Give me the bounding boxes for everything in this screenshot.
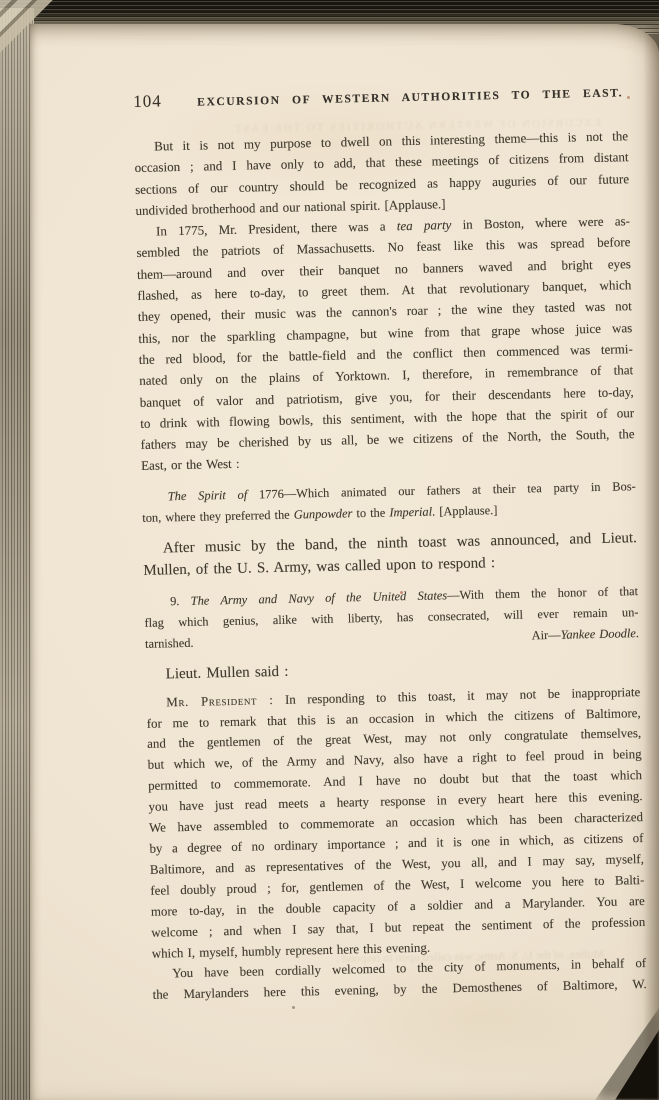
spine-shadow — [643, 24, 659, 1100]
toast-air-tune: Air—Yankee Doodle. — [531, 623, 639, 646]
toast-spirit-of-1776: The Spirit of 1776—Which animated our fa… — [142, 476, 637, 529]
paragraph-theme: But it is not my purpose to dwell on thi… — [134, 125, 630, 221]
paragraph-mullen-said: Lieut. Mullen said : — [145, 653, 639, 686]
ink-speck — [400, 591, 403, 594]
speech-opening-rest: In responding to this toast, it may not … — [285, 685, 641, 707]
text-line: Lieut. Mullen said : — [145, 653, 639, 686]
page-number: 104 — [133, 91, 193, 112]
ink-speck — [627, 96, 630, 99]
ink-speck — [598, 368, 600, 370]
book-page-photo: EXCURSION OF WESTERN AUTHORITIES TO THE … — [0, 0, 659, 1100]
paragraph-tea-party: In 1775, Mr. President, there was a tea … — [136, 210, 635, 476]
toast-last-word: tarnished. — [145, 633, 194, 655]
paragraph-after-music: After music by the band, the ninth toast… — [143, 527, 638, 582]
speech-salutation: Mr. President : — [166, 693, 273, 709]
book-left-page-edges — [0, 8, 34, 1100]
ink-speck — [292, 1006, 295, 1009]
toast-ninth-army-navy: 9. The Army and Navy of the United State… — [144, 581, 639, 655]
running-title: EXCURSION OF WESTERN AUTHORITIES TO THE … — [193, 87, 627, 108]
speech-lieut-mullen: Mr. President : In responding to this to… — [146, 682, 647, 1006]
page-text-block: 104 EXCURSION OF WESTERN AUTHORITIES TO … — [133, 81, 647, 1006]
